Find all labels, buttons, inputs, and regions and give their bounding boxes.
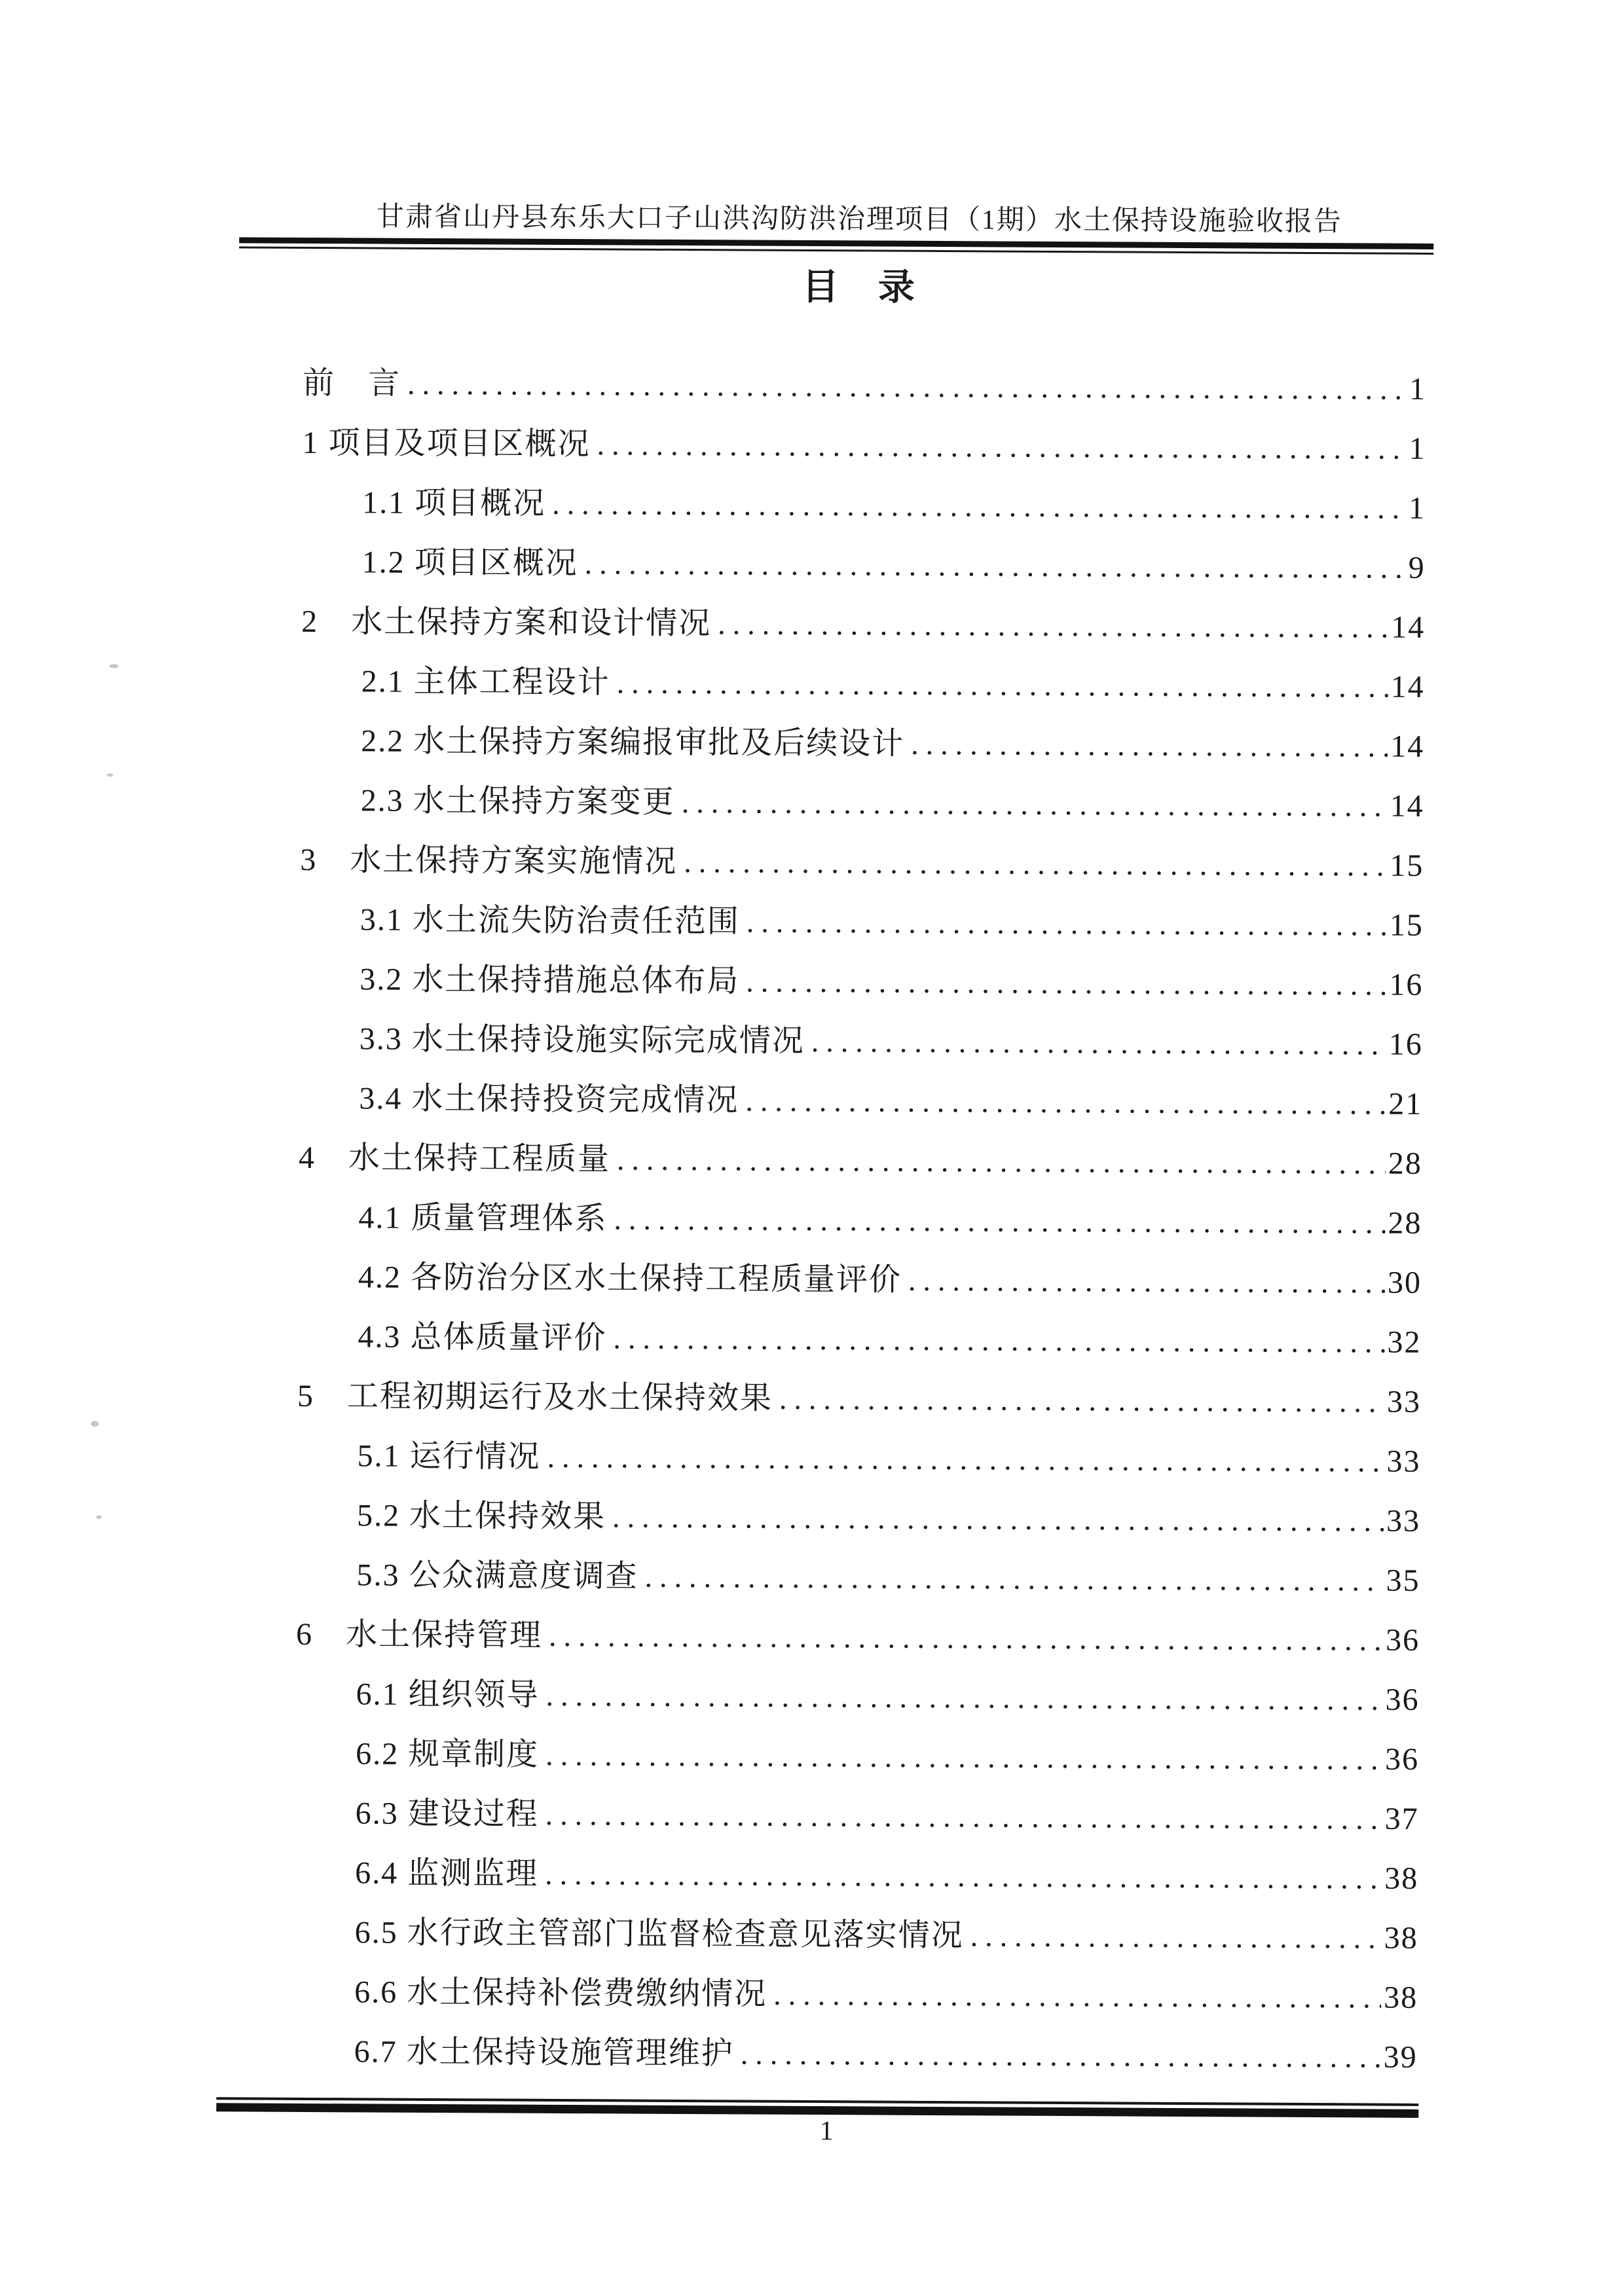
dot-leader: ........................................… xyxy=(614,1189,1385,1252)
toc-entry: 1.2 项目区概况...............................… xyxy=(301,532,1425,598)
toc-page-number: 39 xyxy=(1384,2028,1418,2087)
dot-leader: ........................................… xyxy=(811,1011,1386,1074)
toc-page-number: 37 xyxy=(1384,1789,1418,1849)
toc-page-number: 33 xyxy=(1387,1372,1421,1432)
dot-leader: ........................................… xyxy=(741,2024,1381,2086)
toc-entry-label: 3.3 水土保持设施实际完成情况 xyxy=(360,1009,805,1071)
toc-page-number: 36 xyxy=(1385,1730,1419,1789)
toc-page-number: 28 xyxy=(1388,1194,1422,1253)
page: 甘肃省山丹县东乐大口子山洪沟防洪治理项目（1期）水土保持设施验收报告 目 录 前… xyxy=(0,0,1624,2296)
toc-entry-label: 2.2 水土保持方案编报审批及后续设计 xyxy=(361,711,904,773)
toc-entry-label: 6.4 监测监理 xyxy=(355,1843,538,1903)
toc-entry: 5.2 水土保持效果..............................… xyxy=(297,1485,1420,1551)
dot-leader: ........................................… xyxy=(684,832,1387,896)
dot-leader: ........................................… xyxy=(779,1369,1384,1432)
dot-leader: ........................................… xyxy=(552,474,1406,538)
dot-leader: ........................................… xyxy=(549,1606,1383,1670)
toc-entry-label: 2 水土保持方案和设计情况 xyxy=(301,592,711,653)
toc-page-number: 35 xyxy=(1386,1551,1420,1611)
toc-entry-label: 1 项目及项目区概况 xyxy=(302,413,590,474)
dot-leader: ........................................… xyxy=(682,773,1388,836)
toc-entry-label: 6.2 规章制度 xyxy=(356,1724,539,1784)
toc-page-number: 1 xyxy=(1409,479,1426,538)
dot-leader: ........................................… xyxy=(616,653,1388,716)
toc-page-number: 36 xyxy=(1385,1670,1419,1730)
toc-page-number: 16 xyxy=(1389,955,1423,1015)
toc-entry-label: 6.6 水土保持补偿费缴纳情况 xyxy=(354,1962,767,2024)
toc-entry: 5.1 运行情况................................… xyxy=(297,1426,1420,1491)
toc-entry-label: 2.3 水土保持方案变更 xyxy=(361,771,675,832)
toc-entry-label: 6.3 建设过程 xyxy=(355,1783,538,1844)
dot-leader: ........................................… xyxy=(908,1250,1385,1313)
toc-page-number: 33 xyxy=(1386,1432,1420,1491)
toc-entry-label: 5.3 公众满意度调查 xyxy=(356,1545,638,1606)
dot-leader: ........................................… xyxy=(747,892,1387,955)
running-header: 甘肃省山丹县东乐大口子山洪沟防洪治理项目（1期）水土保持设施验收报告 xyxy=(90,193,1624,240)
toc-page-number: 14 xyxy=(1390,776,1424,836)
toc-entry: 6.6 水土保持补偿费缴纳情况.........................… xyxy=(294,1962,1418,2028)
toc-entry: 2.2 水土保持方案编报审批及后续设计.....................… xyxy=(301,711,1424,776)
toc-entry: 2 水土保持方案和设计情况...........................… xyxy=(301,592,1425,657)
toc-entry-label: 6.1 组织领导 xyxy=(356,1664,539,1724)
dot-leader: ........................................… xyxy=(745,1070,1386,1133)
toc-page-number: 28 xyxy=(1388,1134,1422,1194)
toc-entry: 1 项目及项目区概况..............................… xyxy=(302,413,1426,479)
toc-page-number: 14 xyxy=(1390,657,1424,717)
toc-entry: 3 水土保持方案实施情况............................… xyxy=(300,830,1424,896)
toc-entry-label: 1.1 项目概况 xyxy=(362,473,545,533)
toc-entry: 2.1 主体工程设计..............................… xyxy=(301,651,1424,717)
toc-page-number: 33 xyxy=(1386,1491,1420,1551)
dot-leader: ........................................… xyxy=(617,1129,1386,1193)
toc-entry: 4.3 总体质量评价..............................… xyxy=(297,1307,1421,1372)
toc-entry: 2.3 水土保持方案变更............................… xyxy=(301,771,1424,836)
toc-entry: 1.1 项目概况................................… xyxy=(302,473,1426,538)
toc-entry-label: 4.2 各防治分区水土保持工程质量评价 xyxy=(358,1247,902,1309)
dot-leader: ........................................… xyxy=(612,1487,1384,1550)
toc-title: 目 录 xyxy=(90,254,1624,314)
toc-entry: 6.4 监测监理................................… xyxy=(295,1843,1418,1908)
toc-entry: 5 工程初期运行及水土保持效果.........................… xyxy=(297,1366,1421,1432)
toc-entry: 3.3 水土保持设施实际完成情况........................… xyxy=(299,1009,1423,1074)
dot-leader: ........................................… xyxy=(644,1547,1383,1611)
toc-entry-label: 5.2 水土保持效果 xyxy=(357,1485,606,1546)
toc-entry-label: 3.2 水土保持措施总体布局 xyxy=(360,949,739,1011)
toc-entry-label: 2.1 主体工程设计 xyxy=(361,651,610,712)
toc-page-number: 1 xyxy=(1409,359,1426,419)
dot-leader: ........................................… xyxy=(545,1785,1382,1849)
toc-page-number: 15 xyxy=(1390,896,1424,955)
dot-leader: ........................................… xyxy=(545,1666,1382,1730)
toc-entry: 6.2 规章制度................................… xyxy=(295,1724,1419,1789)
toc-entry: 3.2 水土保持措施总体布局..........................… xyxy=(299,949,1423,1015)
toc-page-number: 14 xyxy=(1390,717,1424,776)
toc-page-number: 14 xyxy=(1391,598,1425,657)
toc-entry-label: 3 水土保持方案实施情况 xyxy=(300,830,677,892)
toc-entry-label: 前 言 xyxy=(303,354,401,414)
scan-speck xyxy=(96,1515,101,1519)
toc-entry: 6.3 建设过程................................… xyxy=(295,1783,1418,1849)
toc-page-number: 38 xyxy=(1384,1849,1418,1908)
dot-leader: ........................................… xyxy=(547,1427,1384,1491)
toc-entry: 6.5 水行政主管部门监督检查意见落实情况...................… xyxy=(294,1903,1418,1968)
toc-entry: 6 水土保持管理................................… xyxy=(296,1605,1420,1670)
toc-list: 前 言.....................................… xyxy=(294,354,1427,2087)
toc-entry: 前 言.....................................… xyxy=(303,354,1426,419)
toc-entry-label: 6 水土保持管理 xyxy=(296,1605,542,1666)
toc-entry: 3.1 水土流失防治责任范围..........................… xyxy=(300,890,1424,955)
toc-page-number: 38 xyxy=(1384,1968,1418,2028)
toc-entry-label: 3.1 水土流失防治责任范围 xyxy=(360,890,740,951)
toc-entry: 4.1 质量管理体系..............................… xyxy=(298,1188,1422,1253)
dot-leader: ........................................… xyxy=(746,951,1386,1014)
toc-entry: 4 水土保持工程质量..............................… xyxy=(299,1128,1422,1194)
dot-leader: ........................................… xyxy=(584,534,1405,598)
toc-page-number: 16 xyxy=(1389,1015,1423,1074)
toc-entry: 4.2 各防治分区水土保持工程质量评价.....................… xyxy=(298,1247,1422,1313)
toc-page-number: 30 xyxy=(1388,1253,1422,1313)
toc-entry-label: 4 水土保持工程质量 xyxy=(299,1128,610,1189)
toc-page-number: 21 xyxy=(1388,1074,1422,1134)
toc-entry: 5.3 公众满意度调查.............................… xyxy=(296,1545,1420,1611)
toc-entry: 3.4 水土保持投资完成情况..........................… xyxy=(299,1068,1422,1134)
dot-leader: ........................................… xyxy=(545,1844,1382,1908)
toc-entry-label: 6.7 水土保持设施管理维护 xyxy=(354,2022,734,2083)
dot-leader: ........................................… xyxy=(773,1965,1381,2028)
toc-page-number: 36 xyxy=(1386,1611,1420,1670)
toc-page-number: 38 xyxy=(1384,1908,1418,1968)
dot-leader: ........................................… xyxy=(718,594,1388,657)
toc-page-number: 9 xyxy=(1408,538,1425,598)
toc-page-number: 32 xyxy=(1387,1313,1421,1372)
dot-leader: ........................................… xyxy=(613,1308,1384,1372)
dot-leader: ........................................… xyxy=(970,1906,1381,1967)
dot-leader: ........................................… xyxy=(545,1725,1382,1789)
toc-entry-label: 4.3 总体质量评价 xyxy=(358,1307,606,1368)
toc-page-number: 15 xyxy=(1390,836,1424,896)
dot-leader: ........................................… xyxy=(597,414,1406,478)
dot-leader: ........................................… xyxy=(911,714,1388,776)
toc-entry-label: 4.1 质量管理体系 xyxy=(358,1188,607,1248)
toc-entry-label: 1.2 项目区概况 xyxy=(361,532,578,593)
dot-leader: ........................................… xyxy=(407,354,1407,419)
scan-speck xyxy=(107,773,113,776)
scan-speck xyxy=(109,664,119,668)
toc-entry: 6.7 水土保持设施管理维护..........................… xyxy=(294,2022,1418,2087)
toc-entry-label: 3.4 水土保持投资完成情况 xyxy=(359,1068,739,1130)
toc-entry-label: 5 工程初期运行及水土保持效果 xyxy=(297,1366,773,1429)
toc-entry: 6.1 组织领导................................… xyxy=(295,1664,1419,1730)
header-rule xyxy=(239,237,1433,255)
toc-entry-label: 6.5 水行政主管部门监督检查意见落实情况 xyxy=(354,1903,963,1965)
scan-speck xyxy=(91,1421,99,1427)
toc-entry-label: 5.1 运行情况 xyxy=(357,1426,540,1486)
toc-page-number: 1 xyxy=(1409,419,1426,479)
